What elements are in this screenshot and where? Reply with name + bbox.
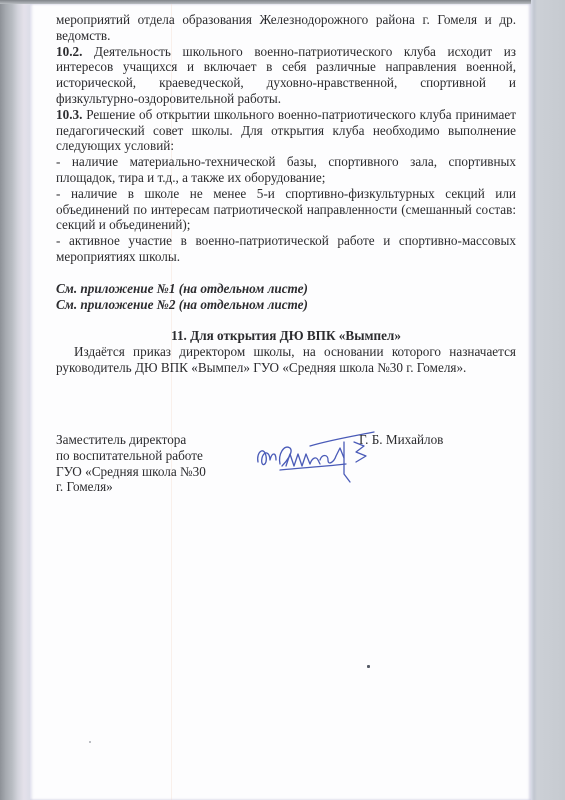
paragraph-text: мероприятий отдела образования Железнодо… — [56, 12, 516, 43]
signature-block: Заместитель директора по воспитательной … — [56, 432, 516, 512]
role-line: по воспитательной работе — [56, 448, 226, 464]
paragraph-text: Деятельность школьного военно-патриотиче… — [56, 44, 516, 106]
clause-number: 10.3. — [56, 107, 82, 122]
role-line: г. Гомеля» — [56, 479, 226, 495]
paragraph-10-3: 10.3. Решение об открытии школьного воен… — [56, 107, 516, 154]
paragraph-10-2: 10.2. Деятельность школьного военно-патр… — [56, 44, 516, 107]
scanner-edge-left — [0, 0, 30, 800]
role-line: Заместитель директора — [56, 432, 226, 448]
section-heading: 11. Для открытия ДЮ ВПК «Вымпел» — [56, 328, 516, 344]
condition-item: - наличие материально-технической базы, … — [56, 154, 516, 186]
paragraph-continuation: мероприятий отдела образования Железнодо… — [56, 12, 516, 44]
condition-item: - активное участие в военно-патриотическ… — [56, 233, 516, 265]
signatory-name: Г. Б. Михайлов — [359, 432, 443, 448]
role-line: ГУО «Средняя школа №30 — [56, 464, 226, 480]
appendix-reference: См. приложение №2 (на отдельном листе) — [56, 297, 516, 313]
signatory-role: Заместитель директора по воспитательной … — [56, 432, 226, 495]
spacer — [56, 265, 516, 281]
document-body: мероприятий отдела образования Железнодо… — [56, 12, 516, 376]
clause-number: 10.2. — [56, 44, 82, 59]
section-text: Издаётся приказ директором школы, на осн… — [56, 344, 516, 376]
paragraph-text: Решение об открытии школьного военно-пат… — [56, 107, 516, 154]
appendix-reference: См. приложение №1 (на отдельном листе) — [56, 281, 516, 297]
scan-speck — [89, 741, 91, 743]
document-page: мероприятий отдела образования Железнодо… — [30, 4, 531, 800]
scan-speck — [367, 665, 370, 668]
condition-item: - наличие в школе не менее 5-и спортивно… — [56, 186, 516, 233]
scanner-edge-right — [531, 0, 565, 800]
spacer — [56, 312, 516, 328]
